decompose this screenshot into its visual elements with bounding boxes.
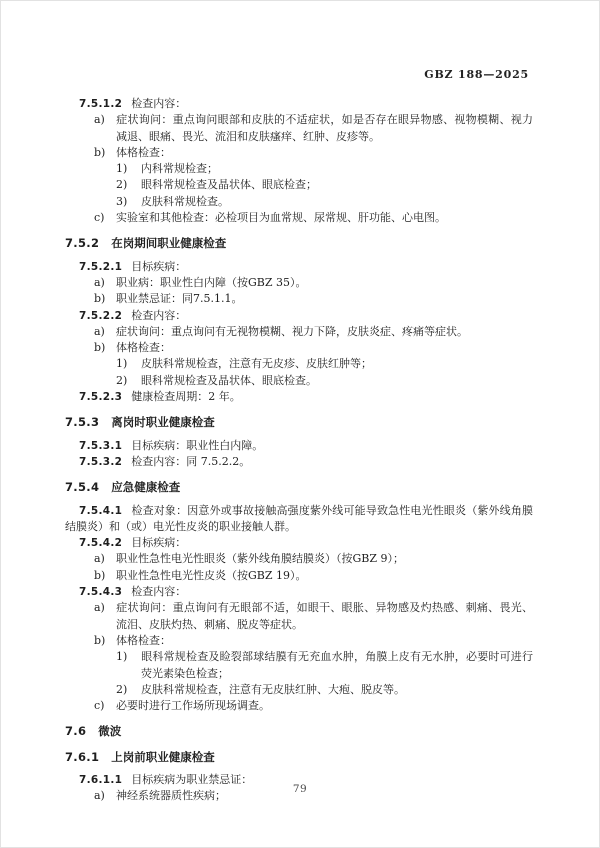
doc-line: 2)眼科常规检查及晶状体、眼底检查。: [65, 373, 533, 389]
line-text: 眼科常规检查及晶状体、眼底检查；: [141, 178, 317, 191]
section-heading: 7.6.1上岗前职业健康检查: [65, 749, 533, 765]
line-text: 检查对象：因意外或事故接触高强度紫外线可能导致急性电光性眼炎（紫外线角膜结膜炎）…: [65, 504, 533, 533]
line-text: 检查内容：: [131, 97, 186, 110]
doc-line: 7.5.3.1目标疾病：职业性白内障。: [65, 438, 533, 454]
doc-line: 7.5.2.1目标疾病：: [65, 259, 533, 275]
line-number: 7.5.2.2: [79, 310, 122, 322]
doc-line: c)必要时进行工作场所现场调查。: [65, 698, 533, 714]
doc-line: 7.5.4.1检查对象：因意外或事故接触高强度紫外线可能导致急性电光性眼炎（紫外…: [65, 503, 533, 536]
line-number: b): [94, 633, 116, 649]
line-text: 症状询问：重点询问有无视物模糊、视力下降，皮肤炎症、疼痛等症状。: [116, 325, 468, 338]
line-number: 7.5.4.3: [79, 586, 122, 598]
line-number: a): [94, 275, 116, 291]
document-page: GBZ 188—2025 7.5.1.2检查内容：a)症状询问：重点询问眼部和皮…: [0, 0, 600, 848]
doc-line: 7.5.2.3健康检查周期：2 年。: [65, 389, 533, 405]
line-text: 眼科常规检查及睑裂部球结膜有无充血水肿，角膜上皮有无水肿，必要时可进行荧光素染色…: [141, 650, 533, 679]
doc-line: 7.5.1.2检查内容：: [65, 96, 533, 112]
line-number: 2): [116, 373, 141, 389]
line-text: 微波: [98, 724, 121, 738]
line-text: 检查内容：: [131, 309, 186, 322]
line-text: 体格检查：: [116, 341, 171, 354]
line-text: 实验室和其他检查：必检项目为血常规、尿常规、肝功能、心电图。: [116, 211, 446, 224]
doc-line: a)职业病：职业性白内障（按GBZ 35）。: [65, 275, 533, 291]
line-text: 检查内容：同 7.5.2.2。: [131, 455, 250, 468]
line-number: 3): [116, 194, 141, 210]
line-text: 目标疾病：: [131, 260, 186, 273]
line-number: 7.5.4: [65, 480, 99, 494]
line-number: b): [94, 568, 116, 584]
line-text: 症状询问：重点询问眼部和皮肤的不适症状，如是否存在眼异物感、视物模糊、视力减退、…: [116, 113, 533, 142]
line-text: 职业病：职业性白内障（按GBZ 35）。: [116, 276, 307, 289]
line-number: 7.5.3.2: [79, 456, 122, 468]
doc-line: a)症状询问：重点询问有无眼部不适，如眼干、眼胀、异物感及灼热感、刺痛、畏光、流…: [65, 600, 533, 633]
doc-line: a)职业性急性电光性眼炎（紫外线角膜结膜炎）（按GBZ 9）；: [65, 551, 533, 567]
line-number: b): [94, 340, 116, 356]
line-text: 目标疾病：: [131, 536, 186, 549]
doc-line: 1)眼科常规检查及睑裂部球结膜有无充血水肿，角膜上皮有无水肿，必要时可进行荧光素…: [65, 649, 533, 682]
line-text: 皮肤科常规检查，注意有无皮疹、皮肤红肿等；: [141, 357, 372, 370]
doc-line: b)职业性急性电光性皮炎（按GBZ 19）。: [65, 568, 533, 584]
doc-line: 2)眼科常规检查及晶状体、眼底检查；: [65, 177, 533, 193]
doc-body: 7.5.1.2检查内容：a)症状询问：重点询问眼部和皮肤的不适症状，如是否存在眼…: [65, 96, 533, 805]
doc-line: 7.5.2.2检查内容：: [65, 308, 533, 324]
line-text: 眼科常规检查及晶状体、眼底检查。: [141, 374, 317, 387]
line-number: a): [94, 551, 116, 567]
page-number: 79: [1, 783, 599, 795]
doc-line: b)体格检查：: [65, 145, 533, 161]
line-text: 职业性急性电光性皮炎（按GBZ 19）。: [116, 569, 307, 582]
doc-line: 1)皮肤科常规检查，注意有无皮疹、皮肤红肿等；: [65, 356, 533, 372]
doc-line: a)症状询问：重点询问有无视物模糊、视力下降，皮肤炎症、疼痛等症状。: [65, 324, 533, 340]
line-number: 7.5.3.1: [79, 440, 122, 452]
line-number: 1): [116, 356, 141, 372]
standard-code-header: GBZ 188—2025: [424, 68, 529, 81]
line-text: 健康检查周期：2 年。: [131, 390, 241, 403]
line-text: 皮肤科常规检查。: [141, 195, 229, 208]
section-heading: 7.6微波: [65, 723, 533, 739]
line-number: a): [94, 112, 116, 128]
line-number: c): [94, 210, 116, 226]
line-text: 职业禁忌证：同7.5.1.1。: [116, 292, 242, 305]
line-text: 检查内容：: [131, 585, 186, 598]
line-number: b): [94, 145, 116, 161]
doc-line: c)实验室和其他检查：必检项目为血常规、尿常规、肝功能、心电图。: [65, 210, 533, 226]
line-number: b): [94, 291, 116, 307]
line-text: 症状询问：重点询问有无眼部不适，如眼干、眼胀、异物感及灼热感、刺痛、畏光、流泪、…: [116, 601, 533, 630]
line-text: 内科常规检查；: [141, 162, 218, 175]
line-number: 7.5.1.2: [79, 98, 122, 110]
line-number: 7.5.2.1: [79, 261, 122, 273]
line-text: 皮肤科常规检查，注意有无皮肤红肿、大疱、脱皮等。: [141, 683, 405, 696]
line-number: 1): [116, 161, 141, 177]
doc-line: 7.5.3.2检查内容：同 7.5.2.2。: [65, 454, 533, 470]
doc-line: 1)内科常规检查；: [65, 161, 533, 177]
line-text: 离岗时职业健康检查: [111, 415, 215, 429]
line-text: 应急健康检查: [111, 480, 180, 494]
doc-line: b)体格检查：: [65, 633, 533, 649]
doc-line: b)体格检查：: [65, 340, 533, 356]
section-heading: 7.5.4应急健康检查: [65, 479, 533, 495]
line-text: 目标疾病：职业性白内障。: [131, 439, 263, 452]
line-number: 7.5.2: [65, 236, 99, 250]
line-number: c): [94, 698, 116, 714]
line-number: 7.5.2.3: [79, 391, 122, 403]
line-number: 2): [116, 177, 141, 193]
line-number: 7.5.3: [65, 415, 99, 429]
line-text: 上岗前职业健康检查: [111, 750, 215, 764]
line-text: 体格检查：: [116, 146, 171, 159]
line-text: 必要时进行工作场所现场调查。: [116, 699, 270, 712]
line-text: 体格检查：: [116, 634, 171, 647]
doc-line: 2)皮肤科常规检查，注意有无皮肤红肿、大疱、脱皮等。: [65, 682, 533, 698]
section-heading: 7.5.3离岗时职业健康检查: [65, 414, 533, 430]
line-number: 2): [116, 682, 141, 698]
line-number: 7.5.4.1: [79, 505, 122, 517]
doc-line: 3)皮肤科常规检查。: [65, 194, 533, 210]
line-text: 在岗期间职业健康检查: [111, 236, 226, 250]
line-number: a): [94, 600, 116, 616]
doc-line: 7.5.4.2目标疾病：: [65, 535, 533, 551]
line-number: 7.6: [65, 724, 86, 738]
doc-line: 7.5.4.3检查内容：: [65, 584, 533, 600]
doc-line: a)症状询问：重点询问眼部和皮肤的不适症状，如是否存在眼异物感、视物模糊、视力减…: [65, 112, 533, 145]
section-heading: 7.5.2在岗期间职业健康检查: [65, 235, 533, 251]
line-number: a): [94, 324, 116, 340]
line-text: 职业性急性电光性眼炎（紫外线角膜结膜炎）（按GBZ 9）；: [116, 552, 404, 565]
line-number: 7.6.1: [65, 750, 99, 764]
line-number: 7.5.4.2: [79, 537, 122, 549]
doc-line: b)职业禁忌证：同7.5.1.1。: [65, 291, 533, 307]
line-number: 1): [116, 649, 141, 665]
